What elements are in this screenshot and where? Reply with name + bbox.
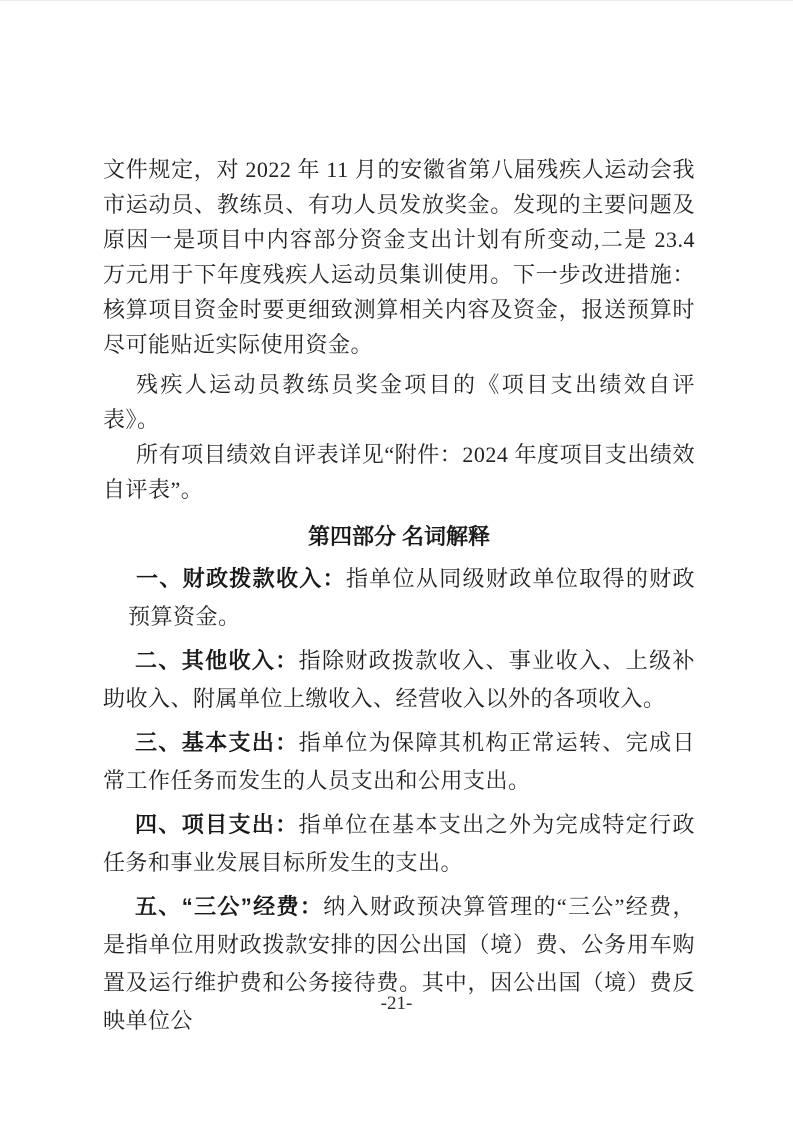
body-paragraph: 所有项目绩效自评表详见“附件：2024 年度项目支出绩效自评表”。: [103, 437, 695, 507]
term-label: 三、基本支出：: [135, 730, 299, 755]
page-number: -21-: [0, 993, 793, 1015]
term-label: 一、财政拨款收入：: [136, 566, 346, 591]
section-heading: 第四部分 名词解释: [103, 519, 695, 554]
term-item: 二、其他收入：指除财政拨款收入、事业收入、上级补助收入、附属单位上缴收入、经营收…: [103, 642, 695, 718]
term-label: 二、其他收入：: [135, 648, 299, 673]
term-item: 四、项目支出：指单位在基本支出之外为完成特定行政任务和事业发展目标所发生的支出。: [103, 806, 695, 882]
term-label: 五、“三公”经费：: [135, 894, 323, 919]
document-page: 文件规定，对 2022 年 11 月的安徽省第八届残疾人运动会我市运动员、教练员…: [0, 0, 793, 1122]
term-item: 五、“三公”经费：纳入财政预决算管理的“三公”经费，是指单位用财政拨款安排的因公…: [103, 888, 695, 1040]
body-paragraph-continuation: 文件规定，对 2022 年 11 月的安徽省第八届残疾人运动会我市运动员、教练员…: [103, 152, 695, 362]
term-item: 一、财政拨款收入：指单位从同级财政单位取得的财政预算资金。: [103, 560, 695, 636]
term-label: 四、项目支出：: [135, 812, 299, 837]
page-content: 文件规定，对 2022 年 11 月的安徽省第八届残疾人运动会我市运动员、教练员…: [103, 152, 695, 1040]
body-paragraph: 残疾人运动员教练员奖金项目的《项目支出绩效自评表》。: [103, 367, 695, 437]
term-item: 三、基本支出：指单位为保障其机构正常运转、完成日常工作任务而发生的人员支出和公用…: [103, 724, 695, 800]
